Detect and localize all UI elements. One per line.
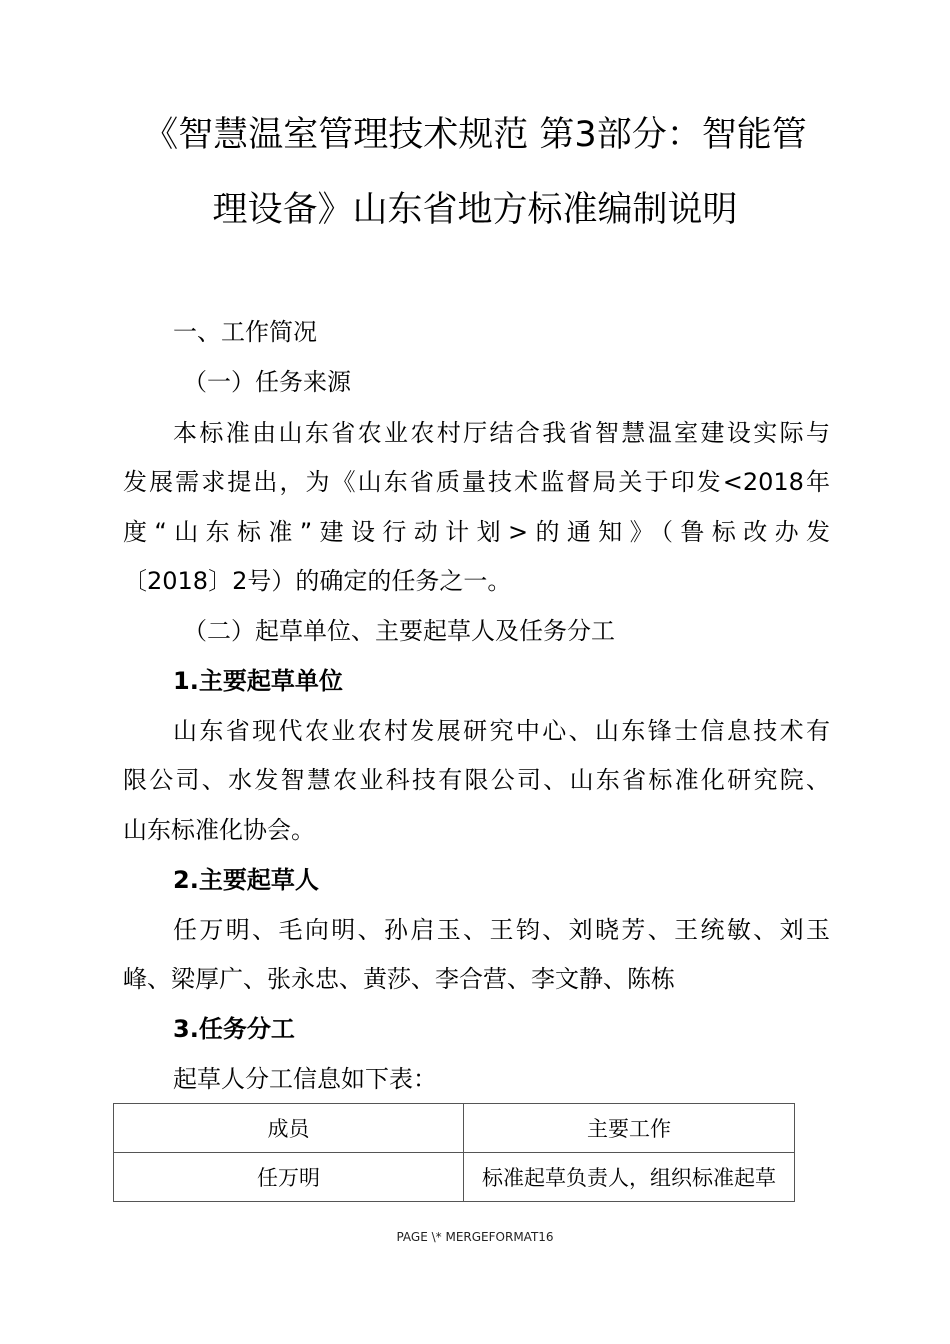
drafters-line-2: 峰、梁厚广、张永忠、黄莎、李合营、李文静、陈栋 xyxy=(123,964,830,994)
paragraph-task-source-line-4: 〔2018〕2号）的确定的任务之一。 xyxy=(123,566,830,596)
header-main-work: 主要工作 xyxy=(464,1104,795,1153)
item-heading-task-division: 3.任务分工 xyxy=(173,1014,830,1044)
table-intro: 起草人分工信息如下表： xyxy=(173,1064,830,1094)
subsection-heading-task-source: （一）任务来源 xyxy=(183,367,890,397)
section-heading-work-overview: 一、工作简况 xyxy=(173,317,830,347)
paragraph-task-source-line-3: 度“山东标准”建设行动计划>的通知》（鲁标改办发 xyxy=(123,517,830,547)
cell-member: 任万明 xyxy=(114,1153,464,1202)
drafting-units-line-2: 限公司、水发智慧农业科技有限公司、山东省标准化研究院、 xyxy=(123,765,830,795)
subsection-heading-drafting: （二）起草单位、主要起草人及任务分工 xyxy=(183,616,890,646)
item-heading-drafters: 2.主要起草人 xyxy=(173,865,830,895)
item-heading-drafting-units: 1.主要起草单位 xyxy=(173,666,830,696)
table-row: 任万明 标准起草负责人，组织标准起草 xyxy=(114,1153,795,1202)
task-division-table: 成员 主要工作 任万明 标准起草负责人，组织标准起草 xyxy=(113,1103,795,1202)
document-title-line-1: 《智慧温室管理技术规范 第3部分：智能管 xyxy=(100,115,850,155)
cell-main-work: 标准起草负责人，组织标准起草 xyxy=(464,1153,795,1202)
paragraph-task-source-line-2: 发展需求提出，为《山东省质量技术监督局关于印发<2018年 xyxy=(123,467,830,497)
paragraph-task-source-line-1: 本标准由山东省农业农村厅结合我省智慧温室建设实际与 xyxy=(173,418,830,448)
document-title-line-2: 理设备》山东省地方标准编制说明 xyxy=(100,190,850,230)
drafting-units-line-1: 山东省现代农业农村发展研究中心、山东锋士信息技术有 xyxy=(173,716,830,746)
drafting-units-line-3: 山东标准化协会。 xyxy=(123,815,830,845)
header-member: 成员 xyxy=(114,1104,464,1153)
table-header-row: 成员 主要工作 xyxy=(114,1104,795,1153)
drafters-line-1: 任万明、毛向明、孙启玉、王钧、刘晓芳、王统敏、刘玉 xyxy=(173,915,830,945)
page-footer: PAGE \* MERGEFORMAT16 xyxy=(0,1230,950,1244)
